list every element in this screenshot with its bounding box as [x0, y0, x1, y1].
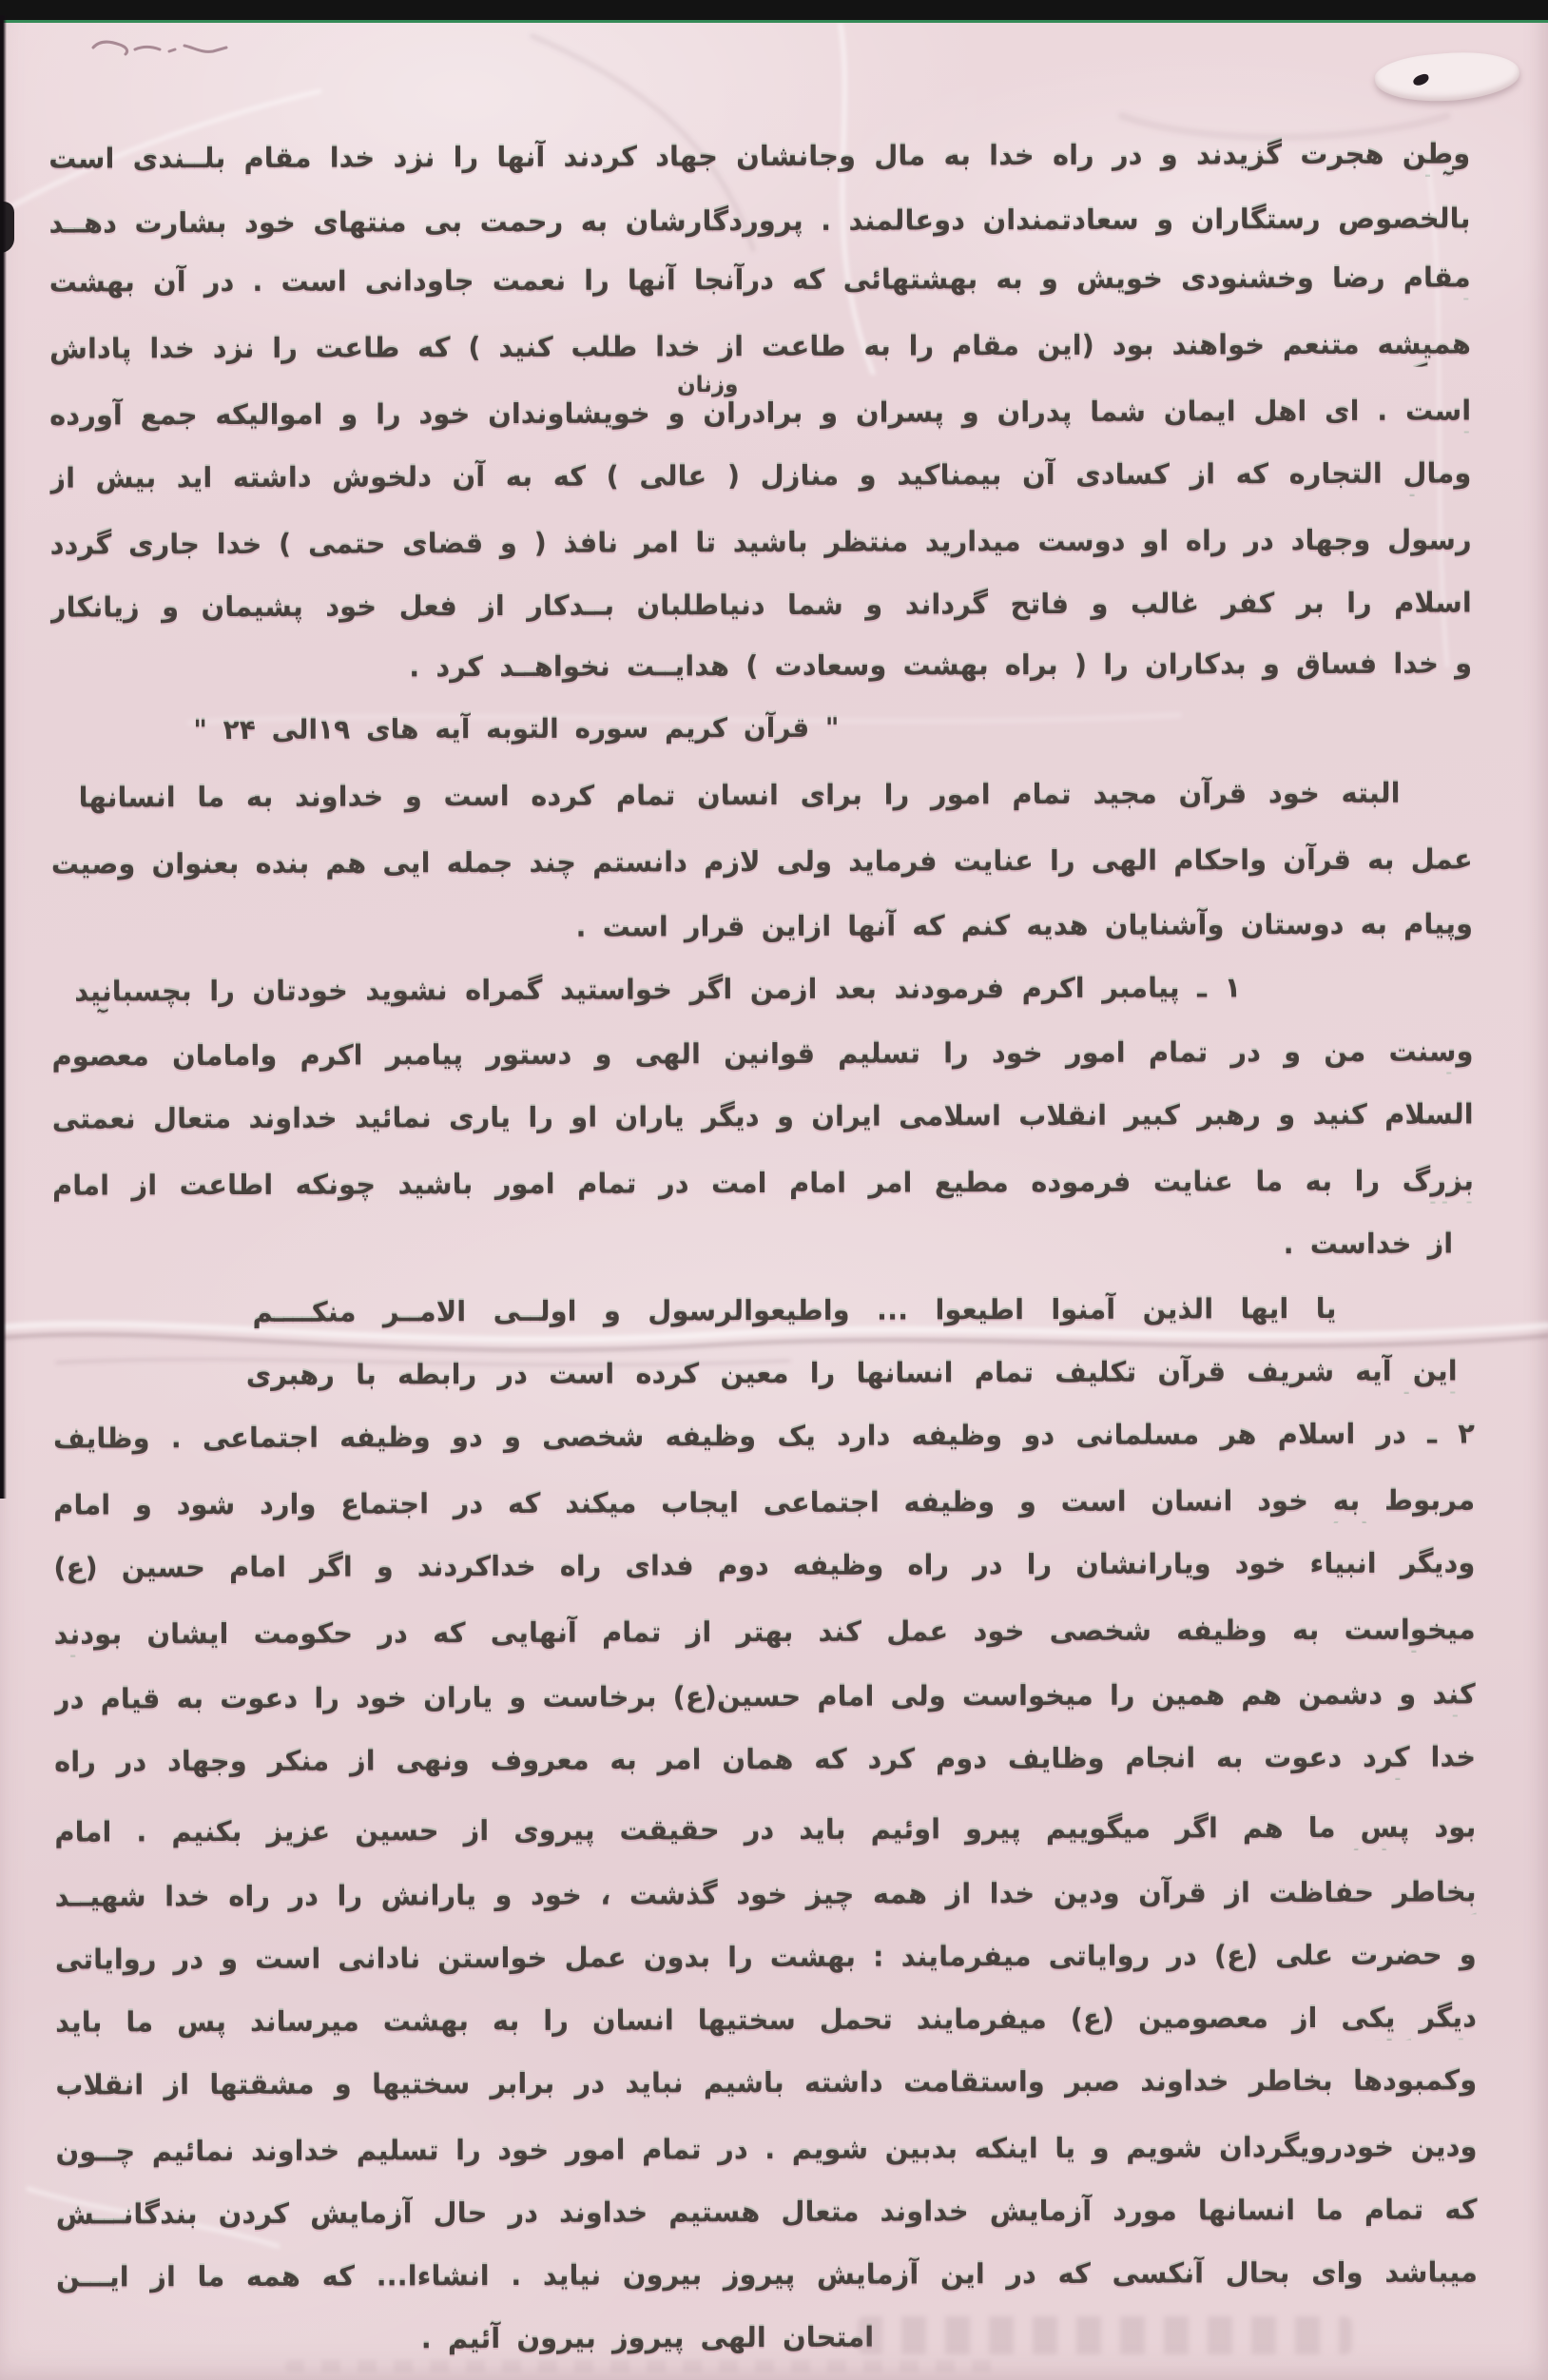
text-line: ومال التجاره که از کسادی آن بیمناکید و م… [49, 455, 1471, 500]
text-line: بزرگ را به ما عنایت فرموده مطیع امر امام… [52, 1163, 1474, 1208]
text-line: وسنت من و در تمام امور خود را تسلیم قوان… [51, 1034, 1473, 1078]
text-line: ودین خودرویگردان شویم و یا اینکه بدبین ش… [55, 2129, 1477, 2174]
text-line: میباشد وای بحال آنکسی که در این آزمایش پ… [56, 2254, 1478, 2299]
text-line: همیشه متنعم خواهند بود (این مقام را به ط… [49, 326, 1471, 371]
text-line: این آیه شریف قرآن تکلیف تمام انسانها را … [246, 1353, 1458, 1397]
text-line: ۱ ـ پیامبر اکرم فرمودند بعد ازمن اگر خوا… [74, 970, 1241, 1014]
ink-bleed-through-faint [285, 2360, 1008, 2372]
text-line: بخاطر حفاظت از قرآن ودین خدا از همه چیز … [55, 1874, 1477, 1919]
text-line: بود پس ما هم اگر میگوییم پیرو اوئیم باید… [54, 1809, 1476, 1854]
text-line: وطن هجرت گزیدند و در راه خدا به مال وجان… [48, 136, 1470, 181]
text-line: خدا کرد دعوت به انجام وظایف دوم کرد که ه… [54, 1739, 1476, 1784]
text-line: از خداست . [1283, 1227, 1453, 1262]
text-line: اسلام را بر کفر غالب و فاتح گرداند و شما… [50, 585, 1472, 629]
text-line: و حضرت علی (ع) در روایاتی میفرمایند : به… [55, 1937, 1477, 1982]
text-line: کند و دشمن هم همین را میخواست ولی امام ح… [54, 1676, 1476, 1721]
text-body: وطن هجرت گزیدند و در راه خدا به مال وجان… [0, 0, 1548, 2380]
text-line: است . ای اهل ایمان شما پدران و پسران و ب… [49, 393, 1471, 437]
text-line: مربوط به خود انسان است و وظیفه اجتماعی ا… [53, 1482, 1475, 1527]
inline-annotation: وزنان [677, 373, 738, 397]
text-line: که تمام ما انسانها مورد آزمایش خداوند مت… [56, 2192, 1478, 2236]
text-line: امتحان الهی پیروز بیرون آئیم . [75, 2320, 874, 2357]
text-line: ودیگر انبیاء خود ویارانشان را در راه وظی… [53, 1545, 1475, 1590]
text-line: رسول وجهاد در راه او دوست میدارید منتظر … [50, 522, 1472, 567]
text-line: میخواست به وظیفه شخصی خود عمل کند بهتر ا… [54, 1612, 1476, 1656]
text-line: مقام رضا وخشنودی خویش و به بهشتهائی که د… [49, 260, 1471, 304]
text-line: السلام کنید و رهبر کبیر انقلاب اسلامی ای… [52, 1096, 1474, 1141]
text-line: " قرآن کریم سوره التوبه آیه های ۱۹الی ۲۴… [193, 711, 839, 747]
text-line: البته خود قرآن مجید تمام امور را برای ان… [78, 776, 1400, 821]
text-line: بالخصوص رستگاران و سعادتمندان دوعالمند .… [48, 201, 1470, 245]
text-line: دیگر یکی از معصومین (ع) میفرمایند تحمل س… [55, 2000, 1477, 2044]
text-line: وپیام به دوستان وآشنایان هدیه کنم که آنه… [575, 906, 1473, 943]
ink-bleed-through [858, 2316, 1352, 2354]
text-line: و خدا فساق و بدکاران را ( براه بهشت وسعا… [409, 646, 1472, 684]
text-line: وکمبودها بخاطر خداوند صبر واستقامت داشته… [55, 2062, 1477, 2107]
scanned-document: وطن هجرت گزیدند و در راه خدا به مال وجان… [0, 0, 1548, 2380]
text-line: ۲ ـ در اسلام هر مسلمانی دو وظیفه دارد یک… [53, 1416, 1475, 1461]
text-line: عمل به قرآن واحکام الهی را عنایت فرماید … [51, 842, 1473, 886]
text-line: یا ایها الذین آمنوا اطیعوا ... واطیعوالر… [252, 1291, 1336, 1335]
